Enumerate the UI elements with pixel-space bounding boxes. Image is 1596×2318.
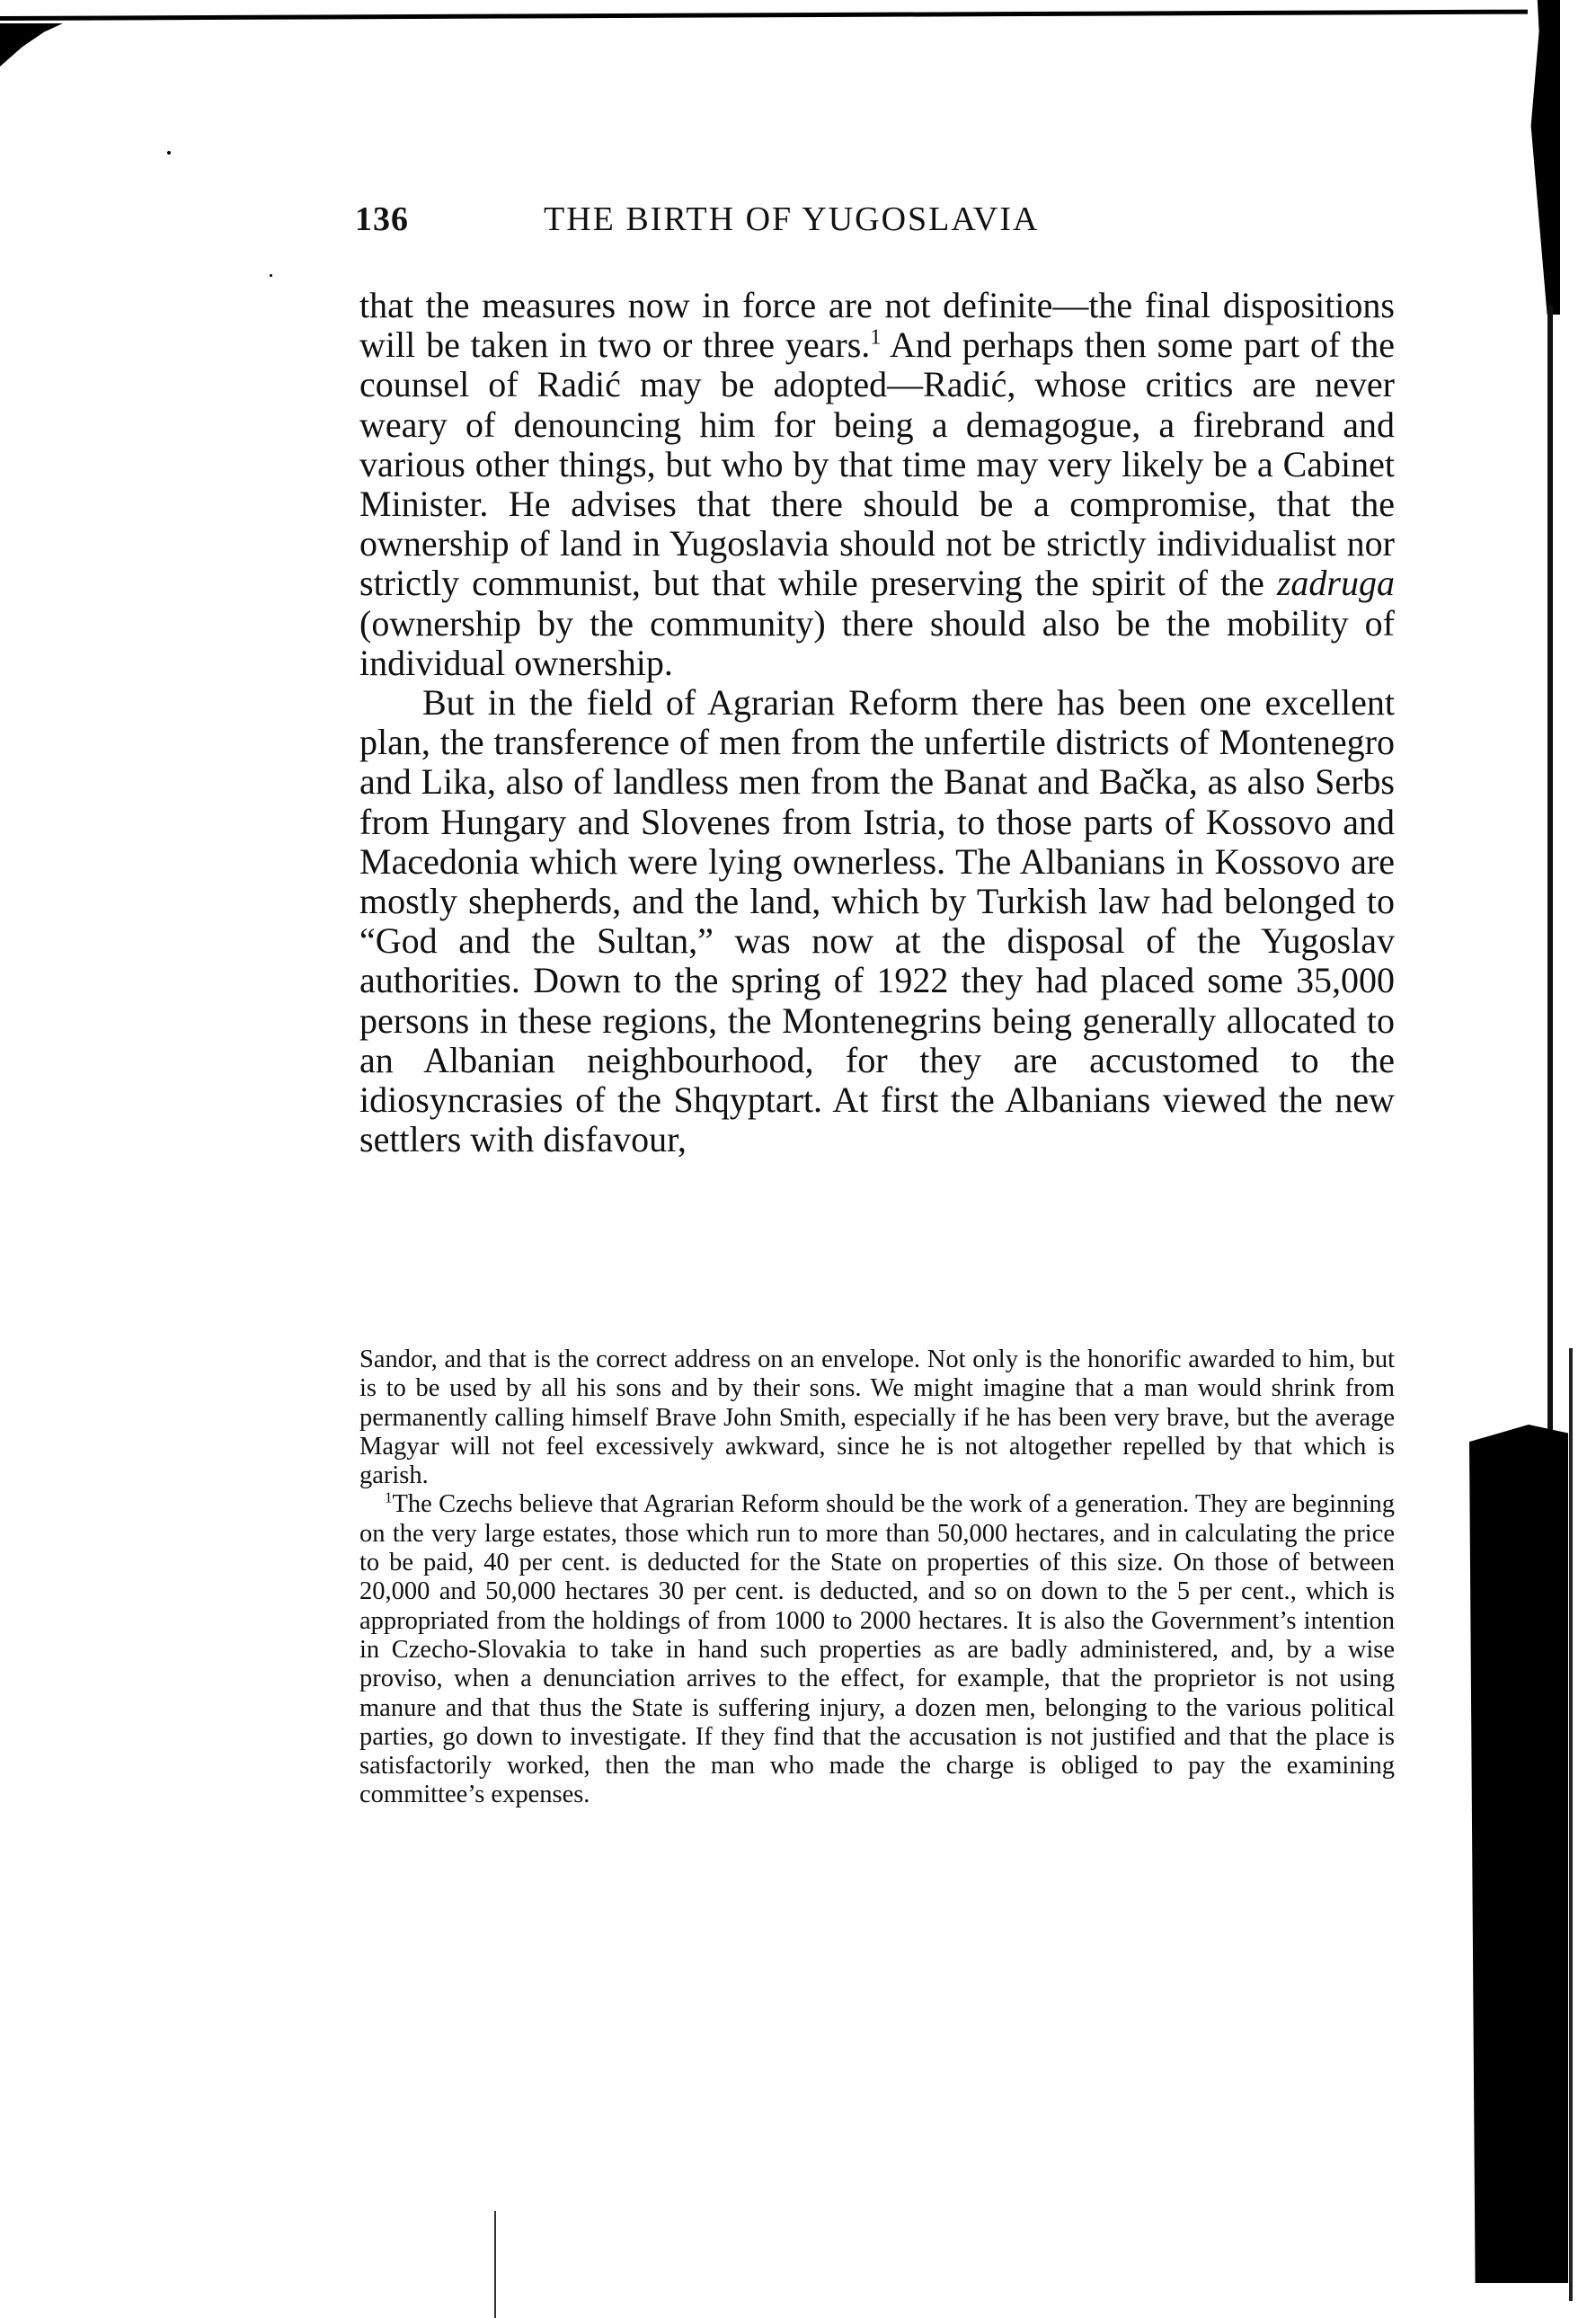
scan-edge-top: [0, 10, 1528, 21]
paragraph-text: And perhaps then some part of the counse…: [359, 324, 1395, 603]
page-number: 136: [355, 200, 409, 239]
footnote-mark: 1: [385, 1489, 393, 1506]
footnote-reference[interactable]: 1: [870, 326, 881, 350]
paragraph-text: (ownership by the community) there shoul…: [359, 603, 1395, 683]
scan-mark-bottom-left: [494, 2211, 496, 2318]
scan-corner-shadow: [0, 23, 63, 67]
running-head: 136 THE BIRTH OF YUGOSLAVIA: [355, 200, 1393, 244]
scan-shadow-block: [1469, 1425, 1568, 2283]
scan-edge-right-thin: [1569, 1348, 1573, 2301]
footnote-continued: Sandor, and that is the correct address …: [359, 1346, 1395, 1490]
paragraph: that the measures now in force are not d…: [359, 286, 1395, 683]
footnotes: Sandor, and that is the correct address …: [359, 1346, 1395, 1810]
italic-term: zadruga: [1277, 563, 1395, 603]
paragraph: But in the field of Agrarian Reform ther…: [359, 683, 1395, 1159]
footnote-text: The Czechs believe that Agrarian Reform …: [359, 1490, 1395, 1808]
scan-edge-right: [1547, 306, 1553, 1438]
scan-speck: [270, 274, 272, 277]
running-title: THE BIRTH OF YUGOSLAVIA: [544, 200, 1039, 239]
footnote-1: 1The Czechs believe that Agrarian Reform…: [359, 1490, 1395, 1809]
scan-speck: [167, 151, 171, 155]
body-text: that the measures now in force are not d…: [359, 286, 1395, 1159]
scan-edge-right-top: [1528, 0, 1560, 315]
